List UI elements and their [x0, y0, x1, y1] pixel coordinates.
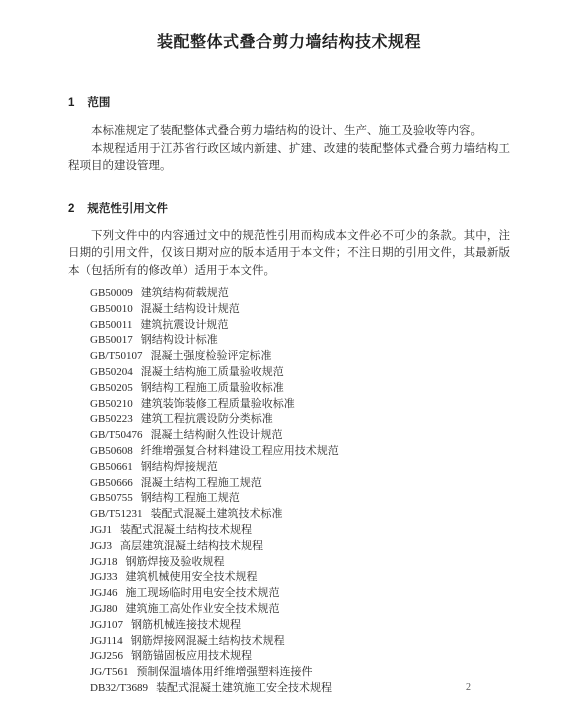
- reference-item: GB50010混凝土结构设计规范: [90, 302, 510, 318]
- section-heading-scope: 1范围: [68, 96, 510, 110]
- reference-code: GB50009: [90, 287, 133, 299]
- reference-item: GB/T50476混凝土结构耐久性设计规范: [90, 428, 510, 444]
- page-content: 装配整体式叠合剪力墙结构技术规程 1范围 本标准规定了装配整体式叠合剪力墙结构的…: [0, 0, 566, 697]
- reference-code: GB50755: [90, 492, 133, 504]
- reference-code: GB50205: [90, 382, 133, 394]
- reference-name: 钢筋焊接及验收规程: [126, 556, 225, 568]
- reference-code: GB50010: [90, 303, 133, 315]
- reference-name: 钢结构工程施工质量验收标准: [141, 382, 284, 394]
- reference-code: GB50011: [90, 319, 132, 331]
- reference-name: 钢筋锚固板应用技术规程: [131, 650, 252, 662]
- reference-code: JG/T561: [90, 666, 129, 678]
- reference-name: 建筑施工高处作业安全技术规范: [126, 603, 280, 615]
- reference-name: 纤维增强复合材料建设工程应用技术规范: [141, 445, 339, 457]
- reference-code: JGJ3: [90, 540, 112, 552]
- reference-item: GB/T51231装配式混凝土建筑技术标准: [90, 507, 510, 523]
- reference-name: 建筑结构荷载规范: [141, 287, 229, 299]
- reference-code: GB50204: [90, 366, 133, 378]
- reference-code: JGJ46: [90, 587, 118, 599]
- reference-name: 混凝土结构设计规范: [141, 303, 240, 315]
- reference-item: JGJ1装配式混凝土结构技术规程: [90, 523, 510, 539]
- reference-item: GB50017钢结构设计标准: [90, 333, 510, 349]
- reference-name: 钢结构工程施工规范: [141, 492, 240, 504]
- reference-item: JGJ107钢筋机械连接技术规程: [90, 618, 510, 634]
- reference-code: GB50608: [90, 445, 133, 457]
- reference-item: GB50223建筑工程抗震设防分类标准: [90, 412, 510, 428]
- reference-name: 建筑抗震设计规范: [140, 319, 228, 331]
- page-number: 2: [466, 682, 471, 693]
- reference-code: JGJ107: [90, 619, 123, 631]
- reference-item: JGJ46施工现场临时用电安全技术规范: [90, 586, 510, 602]
- reference-item: GB50210建筑装饰装修工程质量验收标准: [90, 397, 510, 413]
- reference-code: GB50017: [90, 334, 133, 346]
- scope-paragraphs: 本标准规定了装配整体式叠合剪力墙结构的设计、生产、施工及验收等内容。 本规程适用…: [68, 123, 510, 176]
- reference-name: 钢筋焊接网混凝土结构技术规程: [131, 635, 285, 647]
- reference-item: GB50009建筑结构荷载规范: [90, 286, 510, 302]
- reference-code: JGJ33: [90, 571, 118, 583]
- reference-name: 钢结构设计标准: [141, 334, 218, 346]
- reference-name: 装配式混凝土建筑技术标准: [151, 508, 283, 520]
- section-number: 2: [68, 202, 74, 216]
- reference-code: GB/T50476: [90, 429, 143, 441]
- reference-code: GB/T51231: [90, 508, 143, 520]
- reference-name: 装配式混凝土建筑施工安全技术规程: [156, 682, 332, 694]
- reference-code: GB50210: [90, 398, 133, 410]
- reference-name: 高层建筑混凝土结构技术规程: [120, 540, 263, 552]
- reference-item: GB50755钢结构工程施工规范: [90, 491, 510, 507]
- scope-paragraph-1: 本标准规定了装配整体式叠合剪力墙结构的设计、生产、施工及验收等内容。: [68, 123, 510, 141]
- section-heading-references: 2规范性引用文件: [68, 202, 510, 216]
- reference-item: GB50205钢结构工程施工质量验收标准: [90, 381, 510, 397]
- reference-name: 混凝土结构工程施工规范: [141, 477, 262, 489]
- reference-code: GB50223: [90, 413, 133, 425]
- reference-name: 混凝土结构耐久性设计规范: [151, 429, 283, 441]
- reference-name: 混凝土结构施工质量验收规范: [141, 366, 284, 378]
- reference-item: DB32/T3689装配式混凝土建筑施工安全技术规程: [90, 681, 510, 697]
- document-page: 装配整体式叠合剪力墙结构技术规程 1范围 本标准规定了装配整体式叠合剪力墙结构的…: [0, 0, 566, 727]
- reference-item: GB50666混凝土结构工程施工规范: [90, 476, 510, 492]
- reference-item: JGJ18钢筋焊接及验收规程: [90, 555, 510, 571]
- document-title: 装配整体式叠合剪力墙结构技术规程: [68, 0, 510, 54]
- reference-code: JGJ18: [90, 556, 118, 568]
- reference-code: GB/T50107: [90, 350, 143, 362]
- reference-name: 装配式混凝土结构技术规程: [120, 524, 252, 536]
- reference-name: 施工现场临时用电安全技术规范: [126, 587, 280, 599]
- reference-item: JGJ256钢筋锚固板应用技术规程: [90, 649, 510, 665]
- reference-code: DB32/T3689: [90, 682, 148, 694]
- references-list: GB50009建筑结构荷载规范 GB50010混凝土结构设计规范 GB50011…: [90, 286, 510, 697]
- section-title: 范围: [87, 97, 110, 109]
- section-title: 规范性引用文件: [87, 203, 168, 215]
- reference-item: JGJ80建筑施工高处作业安全技术规范: [90, 602, 510, 618]
- reference-name: 建筑装饰装修工程质量验收标准: [141, 398, 295, 410]
- references-intro-block: 下列文件中的内容通过文中的规范性引用而构成本文件必不可少的条款。其中，注日期的引…: [68, 228, 510, 281]
- references-intro-paragraph: 下列文件中的内容通过文中的规范性引用而构成本文件必不可少的条款。其中，注日期的引…: [68, 228, 510, 281]
- reference-item: GB50661钢结构焊接规范: [90, 460, 510, 476]
- reference-code: GB50666: [90, 477, 133, 489]
- reference-item: JG/T561预制保温墙体用纤维增强塑料连接件: [90, 665, 510, 681]
- reference-code: JGJ80: [90, 603, 118, 615]
- reference-code: GB50661: [90, 461, 133, 473]
- reference-name: 建筑机械使用安全技术规程: [126, 571, 258, 583]
- reference-item: JGJ114钢筋焊接网混凝土结构技术规程: [90, 634, 510, 650]
- reference-code: JGJ256: [90, 650, 123, 662]
- reference-name: 预制保温墙体用纤维增强塑料连接件: [137, 666, 313, 678]
- reference-name: 钢筋机械连接技术规程: [131, 619, 241, 631]
- reference-name: 建筑工程抗震设防分类标准: [141, 413, 273, 425]
- scope-paragraph-2: 本规程适用于江苏省行政区域内新建、扩建、改建的装配整体式叠合剪力墙结构工程项目的…: [68, 141, 510, 176]
- reference-item: GB50204混凝土结构施工质量验收规范: [90, 365, 510, 381]
- reference-code: JGJ114: [90, 635, 123, 647]
- reference-item: GB/T50107混凝土强度检验评定标准: [90, 349, 510, 365]
- reference-item: JGJ33建筑机械使用安全技术规程: [90, 570, 510, 586]
- reference-item: JGJ3高层建筑混凝土结构技术规程: [90, 539, 510, 555]
- reference-item: GB50608纤维增强复合材料建设工程应用技术规范: [90, 444, 510, 460]
- reference-name: 钢结构焊接规范: [141, 461, 218, 473]
- reference-name: 混凝土强度检验评定标准: [151, 350, 272, 362]
- reference-code: JGJ1: [90, 524, 112, 536]
- reference-item: GB50011建筑抗震设计规范: [90, 318, 510, 334]
- section-number: 1: [68, 96, 74, 110]
